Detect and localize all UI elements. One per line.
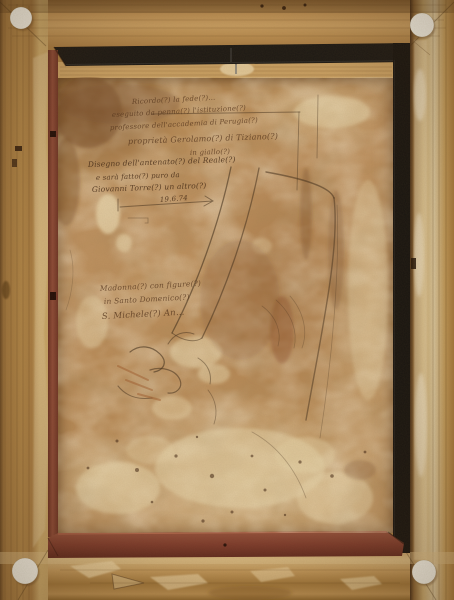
- photo-grain: [0, 0, 454, 600]
- photo-detail-overlay: Ricordo(?) la fede(?)… eseguito da penna…: [0, 0, 454, 600]
- artwork-back-photo: Ricordo(?) la fede(?)… eseguito da penna…: [0, 0, 454, 600]
